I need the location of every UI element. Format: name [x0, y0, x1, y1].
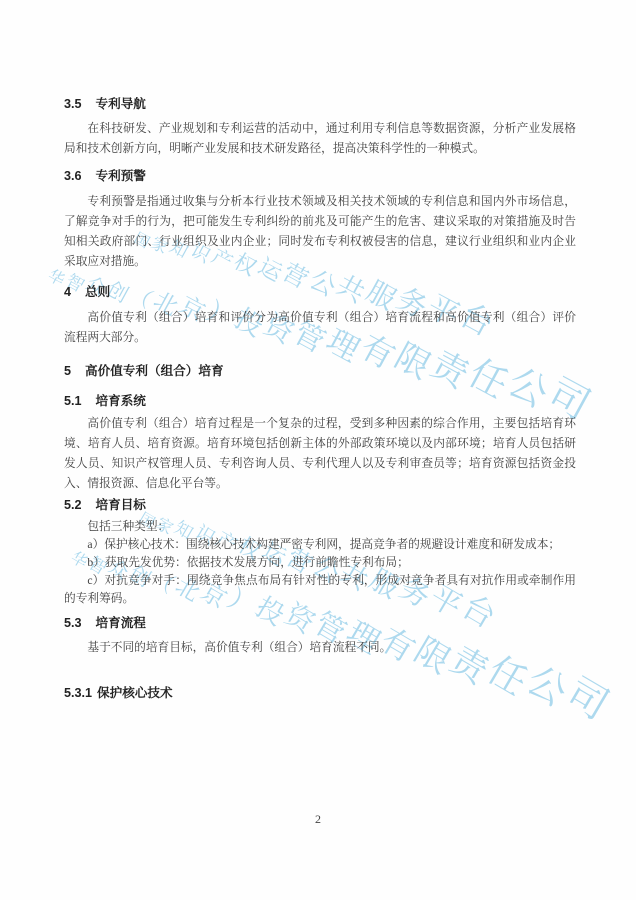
section-number: 5.1 — [64, 392, 82, 410]
section-title: 专利预警 — [96, 167, 146, 185]
section-number: 3.5 — [64, 95, 82, 113]
section-heading-3-5: 3.5专利导航 — [64, 95, 576, 113]
section-title: 保护核心技术 — [97, 684, 173, 702]
section-number: 5.2 — [64, 496, 82, 514]
section-number: 4 — [64, 283, 71, 301]
document-content: 3.5专利导航 在科技研发、产业规划和专利运营的活动中，通过利用专利信息等数据资… — [64, 0, 576, 702]
paragraph-5-3: 基于不同的培育目标，高价值专利（组合）培育流程不同。 — [64, 638, 576, 658]
section-number: 5.3 — [64, 614, 82, 632]
section-heading-5-1: 5.1培育系统 — [64, 392, 576, 410]
section-title: 专利导航 — [96, 95, 146, 113]
section-heading-4: 4总则 — [64, 283, 576, 301]
section-heading-5-3-1: 5.3.1保护核心技术 — [64, 684, 576, 702]
list-item-b: b）获取先发优势：依据技术发展方向，进行前瞻性专利布局； — [64, 554, 576, 572]
paragraph-3-5: 在科技研发、产业规划和专利运营的活动中，通过利用专利信息等数据资源，分析产业发展… — [64, 119, 576, 159]
list-item-a: a）保护核心技术：围绕核心技术构建严密专利网，提高竞争者的规避设计难度和研发成本… — [64, 536, 576, 554]
section-title: 高价值专利（组合）培育 — [85, 362, 224, 380]
list-item-c: c）对抗竞争对手：围绕竞争焦点布局有针对性的专利，形成对竞争者具有对抗作用或牵制… — [64, 572, 576, 608]
section-number: 3.6 — [64, 167, 82, 185]
section-heading-3-6: 3.6专利预警 — [64, 167, 576, 185]
page-number: 2 — [0, 812, 636, 827]
section-number: 5 — [64, 362, 71, 380]
paragraph-4: 高价值专利（组合）培育和评价分为高价值专利（组合）培育流程和高价值专利（组合）评… — [64, 308, 576, 348]
document-page: 国家知识产权运营公共服务平台 华智众创（北京）投资管理有限责任公司 国家知识产权… — [0, 0, 636, 900]
section-heading-5: 5高价值专利（组合）培育 — [64, 362, 576, 380]
section-title: 培育目标 — [96, 496, 146, 514]
section-heading-5-3: 5.3培育流程 — [64, 614, 576, 632]
section-heading-5-2: 5.2培育目标 — [64, 496, 576, 514]
section-title: 总则 — [85, 283, 110, 301]
list-5-2: 包括三种类型： a）保护核心技术：围绕核心技术构建严密专利网，提高竞争者的规避设… — [64, 518, 576, 608]
paragraph-3-6: 专利预警是指通过收集与分析本行业技术领域及相关技术领域的专利信息和国内外市场信息… — [64, 192, 576, 272]
paragraph-5-1: 高价值专利（组合）培育过程是一个复杂的过程，受到多种因素的综合作用，主要包括培育… — [64, 414, 576, 494]
section-title: 培育系统 — [96, 392, 146, 410]
section-number: 5.3.1 — [64, 684, 92, 702]
list-intro: 包括三种类型： — [64, 518, 576, 536]
section-title: 培育流程 — [96, 614, 146, 632]
